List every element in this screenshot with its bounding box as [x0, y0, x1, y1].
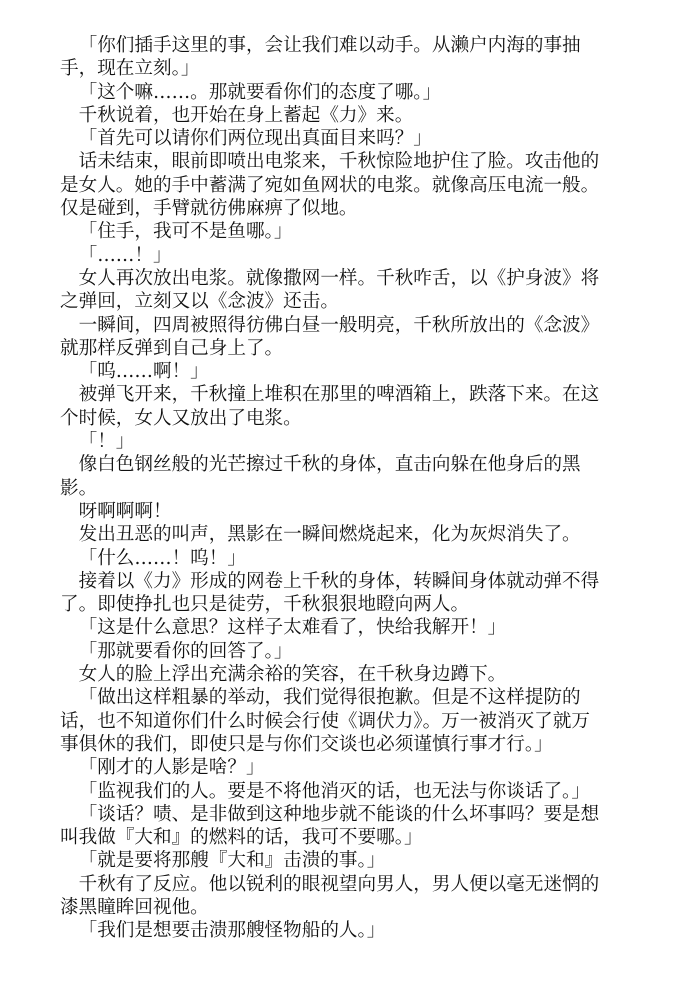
- paragraph: 一瞬间，四周被照得彷佛白昼一般明亮，千秋所放出的《念波》就那样反弹到自己身上了。: [60, 314, 640, 361]
- text-line: 就那样反弹到自己身上了。: [41, 337, 640, 360]
- text-line: 「你们插手这里的事，会让我们难以动手。从濑户内海的事抽: [60, 34, 640, 57]
- text-line: 千秋说着，也开始在身上蓄起《力》来。: [60, 104, 640, 127]
- paragraph: 「我们是想要击溃那艘怪物船的人。」: [60, 919, 640, 942]
- text-line: 了。即使挣扎也只是徒劳，千秋狠狠地瞪向两人。: [41, 593, 640, 616]
- text-line: 话未结束，眼前即喷出电浆来，千秋惊险地护住了脸。攻击他的: [60, 150, 640, 173]
- text-line: 仅是碰到，手臂就彷佛麻痹了似地。: [41, 197, 640, 220]
- text-line: 「首先可以请你们两位现出真面目来吗？」: [60, 127, 640, 150]
- document-page: 「你们插手这里的事，会让我们难以动手。从濑户内海的事抽手，现在立刻。」「这个嘛……: [60, 34, 640, 943]
- text-line: 事俱休的我们，即使只是与你们交谈也必须谨慎行事才行。」: [41, 733, 640, 756]
- paragraph: 千秋有了反应。他以锐利的眼视望向男人，男人便以毫无迷惘的漆黑瞳眸回视他。: [60, 873, 640, 920]
- paragraph: 被弹飞开来，千秋撞上堆积在那里的啤酒箱上，跌落下来。在这个时候，女人又放出了电浆…: [60, 383, 640, 430]
- text-line: 个时候，女人又放出了电浆。: [41, 407, 640, 430]
- text-line: 叫我做『大和』的燃料的话，我可不要哪。」: [41, 826, 640, 849]
- paragraph: 「首先可以请你们两位现出真面目来吗？」: [60, 127, 640, 150]
- text-line: 「住手，我可不是鱼哪。」: [60, 220, 640, 243]
- text-line: 「这是什么意思？这样子太难看了，快给我解开！」: [60, 616, 640, 639]
- paragraph: 接着以《力》形成的网卷上千秋的身体，转瞬间身体就动弹不得了。即使挣扎也只是徒劳，…: [60, 570, 640, 617]
- paragraph: 「你们插手这里的事，会让我们难以动手。从濑户内海的事抽手，现在立刻。」: [60, 34, 640, 81]
- paragraph: 呀啊啊啊！: [60, 500, 640, 523]
- text-line: 「谈话？啧、是非做到这种地步就不能谈的什么坏事吗？要是想: [60, 803, 640, 826]
- paragraph: 「呜……啊！」: [60, 360, 640, 383]
- text-line: 「监视我们的人。要是不将他消灭的话，也无法与你谈话了。」: [60, 780, 640, 803]
- paragraph: 「监视我们的人。要是不将他消灭的话，也无法与你谈话了。」: [60, 780, 640, 803]
- paragraph: 女人的脸上浮出充满余裕的笑容，在千秋身边蹲下。: [60, 663, 640, 686]
- paragraph: 「就是要将那艘『大和』击溃的事。」: [60, 849, 640, 872]
- text-line: 影。: [41, 477, 640, 500]
- text-line: 「什么……！呜！」: [60, 547, 640, 570]
- text-line: 「……！」: [60, 244, 640, 267]
- text-line: 千秋有了反应。他以锐利的眼视望向男人，男人便以毫无迷惘的: [60, 873, 640, 896]
- text-line: 一瞬间，四周被照得彷佛白昼一般明亮，千秋所放出的《念波》: [60, 314, 640, 337]
- paragraph: 「做出这样粗暴的举动，我们觉得很抱歉。但是不这样提防的话，也不知道你们什么时候会…: [60, 686, 640, 756]
- paragraph: 「这是什么意思？这样子太难看了，快给我解开！」: [60, 616, 640, 639]
- text-line: 「那就要看你的回答了。」: [60, 640, 640, 663]
- text-line: 「！」: [60, 430, 640, 453]
- paragraph: 千秋说着，也开始在身上蓄起《力》来。: [60, 104, 640, 127]
- paragraph: 「那就要看你的回答了。」: [60, 640, 640, 663]
- text-line: 像白色钢丝般的光芒擦过千秋的身体，直击向躲在他身后的黑: [60, 453, 640, 476]
- text-line: 「就是要将那艘『大和』击溃的事。」: [60, 849, 640, 872]
- text-line: 接着以《力》形成的网卷上千秋的身体，转瞬间身体就动弹不得: [60, 570, 640, 593]
- text-line: 手，现在立刻。」: [41, 57, 640, 80]
- text-line: 漆黑瞳眸回视他。: [41, 896, 640, 919]
- text-line: 「这个嘛……。那就要看你们的态度了哪。」: [60, 81, 640, 104]
- text-line: 「呜……啊！」: [60, 360, 640, 383]
- text-line: 「刚才的人影是啥？」: [60, 756, 640, 779]
- text-line: 之弹回，立刻又以《念波》还击。: [41, 290, 640, 313]
- text-line: 「做出这样粗暴的举动，我们觉得很抱歉。但是不这样提防的: [60, 686, 640, 709]
- text-line: 被弹飞开来，千秋撞上堆积在那里的啤酒箱上，跌落下来。在这: [60, 383, 640, 406]
- paragraph: 「这个嘛……。那就要看你们的态度了哪。」: [60, 81, 640, 104]
- text-line: 女人的脸上浮出充满余裕的笑容，在千秋身边蹲下。: [60, 663, 640, 686]
- paragraph: 话未结束，眼前即喷出电浆来，千秋惊险地护住了脸。攻击他的是女人。她的手中蓄满了宛…: [60, 150, 640, 220]
- paragraph: 「谈话？啧、是非做到这种地步就不能谈的什么坏事吗？要是想叫我做『大和』的燃料的话…: [60, 803, 640, 850]
- text-line: 女人再次放出电浆。就像撒网一样。千秋咋舌，以《护身波》将: [60, 267, 640, 290]
- text-line: 「我们是想要击溃那艘怪物船的人。」: [60, 919, 640, 942]
- paragraph: 发出丑恶的叫声，黑影在一瞬间燃烧起来，化为灰烬消失了。: [60, 523, 640, 546]
- paragraph: 「住手，我可不是鱼哪。」: [60, 220, 640, 243]
- text-line: 呀啊啊啊！: [60, 500, 640, 523]
- paragraph: 「刚才的人影是啥？」: [60, 756, 640, 779]
- paragraph: 「……！」: [60, 244, 640, 267]
- paragraph: 像白色钢丝般的光芒擦过千秋的身体，直击向躲在他身后的黑影。: [60, 453, 640, 500]
- text-line: 话，也不知道你们什么时候会行使《调伏力》。万一被消灭了就万: [41, 710, 640, 733]
- text-line: 是女人。她的手中蓄满了宛如鱼网状的电浆。就像高压电流一般。: [41, 174, 640, 197]
- paragraph: 女人再次放出电浆。就像撒网一样。千秋咋舌，以《护身波》将之弹回，立刻又以《念波》…: [60, 267, 640, 314]
- paragraph: 「！」: [60, 430, 640, 453]
- paragraph: 「什么……！呜！」: [60, 547, 640, 570]
- text-line: 发出丑恶的叫声，黑影在一瞬间燃烧起来，化为灰烬消失了。: [60, 523, 640, 546]
